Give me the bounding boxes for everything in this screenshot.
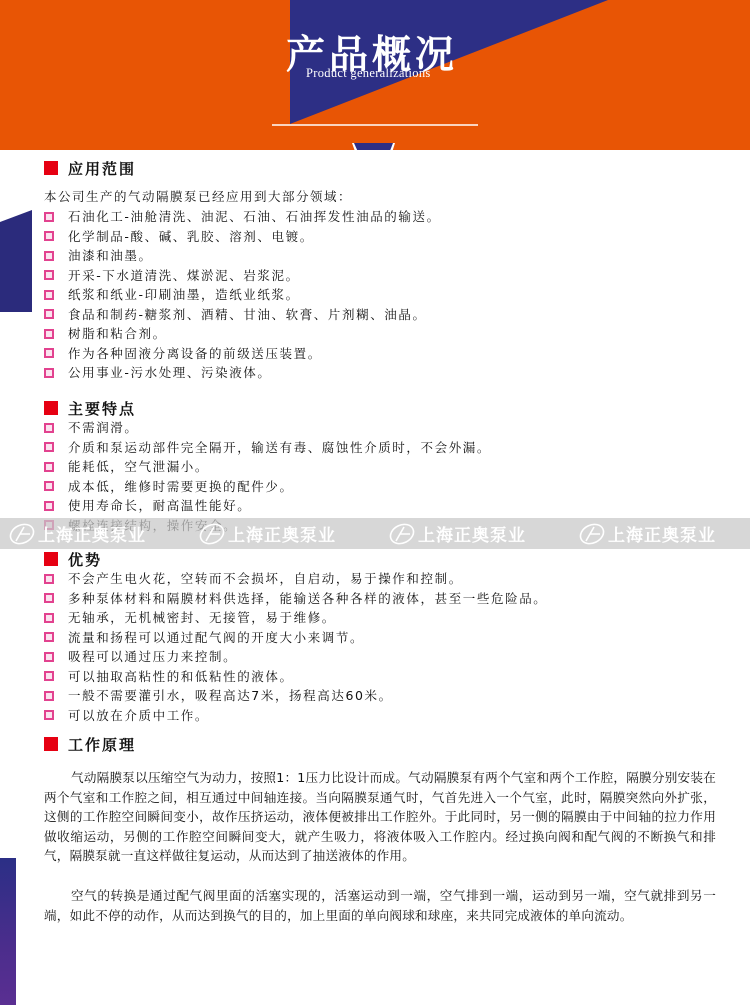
section-title: 工作原理	[68, 734, 136, 755]
list-item: 可以抽取高粘性的和低粘性的液体。	[44, 667, 547, 687]
bullet-icon	[44, 652, 54, 662]
list-item: 可以放在介质中工作。	[44, 706, 547, 726]
bullet-icon	[44, 212, 54, 222]
bullet-icon	[44, 270, 54, 280]
header-banner: 产品概况 Product generalizations	[0, 0, 750, 150]
application-list: 石油化工-油舱清洗、油泥、石油、石油挥发性油品的输送。 化学制品-酸、碱、乳胶、…	[44, 207, 441, 383]
bullet-icon	[44, 671, 54, 681]
company-logo-icon	[578, 523, 606, 545]
company-logo-icon	[8, 523, 36, 545]
advantages-list: 不会产生电火花，空转而不会损坏，自启动，易于操作和控制。 多种泵体材料和隔膜材料…	[44, 569, 547, 725]
bullet-icon	[44, 593, 54, 603]
list-item: 油漆和油墨。	[44, 246, 441, 266]
list-item: 开采-下水道清洗、煤淤泥、岩浆泥。	[44, 266, 441, 286]
left-decor-bar	[0, 858, 16, 1005]
bullet-icon	[44, 423, 54, 433]
watermark-band: 上海正奥泵业 上海正奥泵业 上海正奥泵业 上海正奥泵业	[0, 518, 750, 549]
section-header-features: 主要特点	[44, 398, 136, 418]
bullet-icon	[44, 368, 54, 378]
bullet-icon	[44, 251, 54, 261]
principle-paragraph-2: 空气的转换是通过配气阀里面的活塞实现的，活塞运动到一端，空气排到一端，运动到另一…	[44, 886, 716, 925]
watermark-item: 上海正奥泵业	[198, 521, 384, 546]
list-item: 成本低，维修时需要更换的配件少。	[44, 477, 491, 497]
section-marker-icon	[44, 552, 58, 566]
list-item: 介质和泵运动部件完全隔开，输送有毒、腐蚀性介质时，不会外漏。	[44, 438, 491, 458]
section-marker-icon	[44, 161, 58, 175]
list-item: 流量和扬程可以通过配气阀的开度大小来调节。	[44, 628, 547, 648]
bullet-icon	[44, 574, 54, 584]
section-marker-icon	[44, 737, 58, 751]
list-item: 不需润滑。	[44, 418, 491, 438]
watermark-item: 上海正奥泵业	[8, 521, 194, 546]
list-item: 树脂和粘合剂。	[44, 324, 441, 344]
list-item: 一般不需要灌引水，吸程高达7米，扬程高达60米。	[44, 686, 547, 706]
section-header-principle: 工作原理	[44, 734, 136, 754]
bullet-icon	[44, 632, 54, 642]
page-subtitle: Product generalizations	[306, 66, 431, 81]
bullet-icon	[44, 691, 54, 701]
bullet-icon	[44, 710, 54, 720]
section-title: 优势	[68, 549, 102, 570]
list-item: 食品和制药-糖浆剂、酒精、甘油、软膏、片剂糊、油晶。	[44, 305, 441, 325]
section-header-advantages: 优势	[44, 549, 102, 569]
company-logo-icon	[388, 523, 416, 545]
application-intro: 本公司生产的气动隔膜泵已经应用到大部分领域：	[44, 187, 352, 205]
bullet-icon	[44, 462, 54, 472]
bullet-icon	[44, 329, 54, 339]
list-item: 纸浆和纸业-印刷油墨，造纸业纸浆。	[44, 285, 441, 305]
list-item: 能耗低，空气泄漏小。	[44, 457, 491, 477]
section-title: 应用范围	[68, 158, 136, 179]
list-item: 吸程可以通过压力来控制。	[44, 647, 547, 667]
bullet-icon	[44, 309, 54, 319]
watermark-item: 上海正奥泵业	[388, 521, 574, 546]
list-item: 化学制品-酸、碱、乳胶、溶剂、电镀。	[44, 227, 441, 247]
bullet-icon	[44, 501, 54, 511]
list-item: 多种泵体材料和隔膜材料供选择，能输送各种各样的液体，甚至一些危险品。	[44, 589, 547, 609]
list-item: 公用事业-污水处理、污染液体。	[44, 363, 441, 383]
watermark-item: 上海正奥泵业	[578, 521, 750, 546]
down-arrow-icon	[354, 143, 393, 150]
bullet-icon	[44, 348, 54, 358]
principle-paragraph-1: 气动隔膜泵以压缩空气为动力，按照1：1压力比设计而成。气动隔膜泵有两个气室和两个…	[44, 768, 716, 866]
company-logo-icon	[198, 523, 226, 545]
section-header-application: 应用范围	[44, 158, 136, 178]
bullet-icon	[44, 442, 54, 452]
bullet-icon	[44, 231, 54, 241]
bullet-icon	[44, 481, 54, 491]
section-title: 主要特点	[68, 398, 136, 419]
left-decor-shape	[0, 0, 40, 320]
list-item: 无轴承，无机械密封、无接管，易于维修。	[44, 608, 547, 628]
list-item: 石油化工-油舱清洗、油泥、石油、石油挥发性油品的输送。	[44, 207, 441, 227]
bullet-icon	[44, 613, 54, 623]
bullet-icon	[44, 290, 54, 300]
list-item: 不会产生电火花，空转而不会损坏，自启动，易于操作和控制。	[44, 569, 547, 589]
section-marker-icon	[44, 401, 58, 415]
list-item: 作为各种固液分离设备的前级送压装置。	[44, 344, 441, 364]
list-item: 使用寿命长，耐高温性能好。	[44, 496, 491, 516]
